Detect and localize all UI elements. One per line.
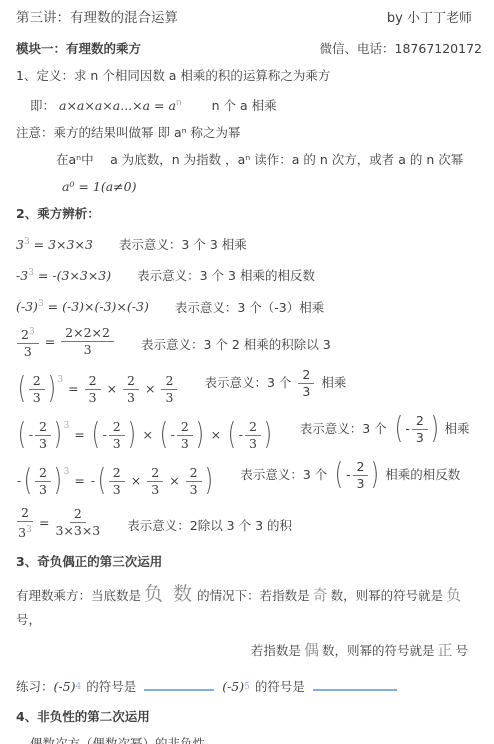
answer-blank-2 bbox=[313, 676, 397, 691]
sign-rule-paragraph: 有理数乘方：当底数是负 数的情况下：若指数是奇数，则幂的符号就是负号， bbox=[16, 584, 482, 632]
header-row: 第三讲：有理数的混合运算 by 小丁丁老师 bbox=[16, 10, 482, 27]
practice-formula-1: (-5)4 bbox=[54, 679, 82, 695]
practice-label: 练习： bbox=[16, 679, 54, 695]
contact-info: 微信、电话：18767120172 bbox=[320, 41, 482, 57]
meaning-text: 表示意义：3 个（-3）相乘 bbox=[175, 300, 324, 316]
note-line-2: 在aⁿ中 a 为底数，n 为指数 ，aⁿ 读作：a 的 n 次方，或者 a 的 … bbox=[16, 152, 482, 168]
formula: (-3)3 = (-3)×(-3)×(-3) bbox=[16, 296, 149, 315]
answer-positive-sign: 正 bbox=[437, 641, 452, 659]
power-example-row-7: -(23)3 = -(23×23×23) 表示意义：3 个 (-23) 相乘的相… bbox=[16, 460, 482, 497]
meaning-text: 表示意义：3 个 (-23) 相乘 bbox=[300, 414, 476, 451]
meaning-text: 表示意义：3 个 (-23) 相乘的相反数 bbox=[240, 460, 466, 497]
fraction: 2×2×23 bbox=[61, 326, 114, 357]
answer-negative-sign: 负 bbox=[446, 586, 461, 604]
meaning-text: 表示意义：2除以 3 个 3 的积 bbox=[127, 518, 292, 540]
answer-even: 偶 bbox=[304, 641, 319, 659]
author-byline: by 小丁丁老师 bbox=[387, 11, 482, 27]
zero-exponent-formula: a⁰ = 1(a≠0) bbox=[16, 179, 482, 195]
meaning-text: 表示意义：3 个 23 相乘 bbox=[204, 368, 352, 405]
section3-heading: 3、奇负偶正的第三次运用 bbox=[16, 554, 482, 570]
meaning-text: 表示意义：3 个 3 相乘的相反数 bbox=[137, 268, 315, 284]
formula-exponent: n bbox=[176, 98, 182, 108]
formula: -33 = -(3×3×3) bbox=[16, 265, 111, 284]
meaning-text: 表示意义：3 个 2 相乘的积除以 3 bbox=[141, 337, 331, 359]
formula: 233 = 23×3×3 bbox=[16, 506, 101, 540]
fraction: 233 bbox=[17, 325, 39, 359]
formula: 33 = 3×3×3 bbox=[16, 234, 93, 253]
document-page: 第三讲：有理数的混合运算 by 小丁丁老师 模块一：有理数的乘方 微信、电话：1… bbox=[0, 0, 494, 744]
practice-formula-2: (-5)5 bbox=[222, 679, 250, 695]
answer-negative-number: 负 数 bbox=[144, 583, 194, 605]
page-title: 第三讲：有理数的混合运算 bbox=[16, 10, 178, 26]
negative-fraction: (-23) bbox=[333, 460, 381, 491]
formula: 233 = 2×2×23 bbox=[16, 325, 115, 359]
formula: -(23)3 = -(23×23×23) bbox=[16, 466, 214, 497]
section2-heading: 2、乘方辨析： bbox=[16, 206, 482, 222]
section4-heading: 4、非负性的第二次运用 bbox=[16, 709, 482, 725]
right-paren: ) bbox=[47, 374, 55, 404]
formula: (-23)3 = (-23)×(-23)×(-23) bbox=[16, 420, 274, 451]
definition-line: 1、定义：求 n 个相同因数 a 相乘的积的运算称之为乘方 bbox=[16, 68, 482, 84]
negative-fraction: (-23) bbox=[393, 414, 441, 445]
module-row: 模块一：有理数的乘方 微信、电话：18767120172 bbox=[16, 41, 482, 57]
formula-note: n 个 a 相乘 bbox=[212, 98, 277, 113]
answer-odd: 奇 bbox=[313, 586, 328, 604]
formula-prefix: 即： bbox=[30, 98, 55, 113]
fraction: 23 bbox=[298, 368, 314, 399]
power-example-row-2: -33 = -(3×3×3) 表示意义：3 个 3 相乘的相反数 bbox=[16, 265, 482, 284]
practice-line: 练习： (-5)4 的符号是 (-5)5 的符号是 bbox=[16, 676, 482, 695]
formula: (23)3 = 23×23×23 bbox=[16, 374, 178, 405]
power-example-row-3: (-3)3 = (-3)×(-3)×(-3) 表示意义：3 个（-3）相乘 bbox=[16, 296, 482, 315]
module-heading: 模块一：有理数的乘方 bbox=[16, 41, 141, 57]
section4-line: 偶数次方（偶数次幂）的非负性 bbox=[16, 736, 482, 744]
power-definition-formula: 即： a×a×a×a...×a = an n 个 a 相乘 bbox=[16, 95, 482, 114]
power-example-row-4: 233 = 2×2×23 表示意义：3 个 2 相乘的积除以 3 bbox=[16, 325, 482, 359]
power-example-row-8: 233 = 23×3×3 表示意义：2除以 3 个 3 的积 bbox=[16, 506, 482, 540]
meaning-text: 表示意义：3 个 3 相乘 bbox=[119, 237, 247, 253]
left-paren: ( bbox=[18, 374, 26, 404]
formula-body: a×a×a×a...×a = a bbox=[59, 98, 176, 113]
note-line-1: 注意：乘方的结果叫做幂 即 aⁿ 称之为幂 bbox=[16, 125, 482, 141]
sign-rule-paragraph-2: 若指数是偶数，则幂的符号就是正号 bbox=[16, 640, 482, 662]
power-example-row-1: 33 = 3×3×3 表示意义：3 个 3 相乘 bbox=[16, 234, 482, 253]
power-example-row-6: (-23)3 = (-23)×(-23)×(-23) 表示意义：3 个 (-23… bbox=[16, 414, 482, 451]
power-example-row-5: (23)3 = 23×23×23 表示意义：3 个 23 相乘 bbox=[16, 368, 482, 405]
answer-blank-1 bbox=[144, 676, 214, 691]
